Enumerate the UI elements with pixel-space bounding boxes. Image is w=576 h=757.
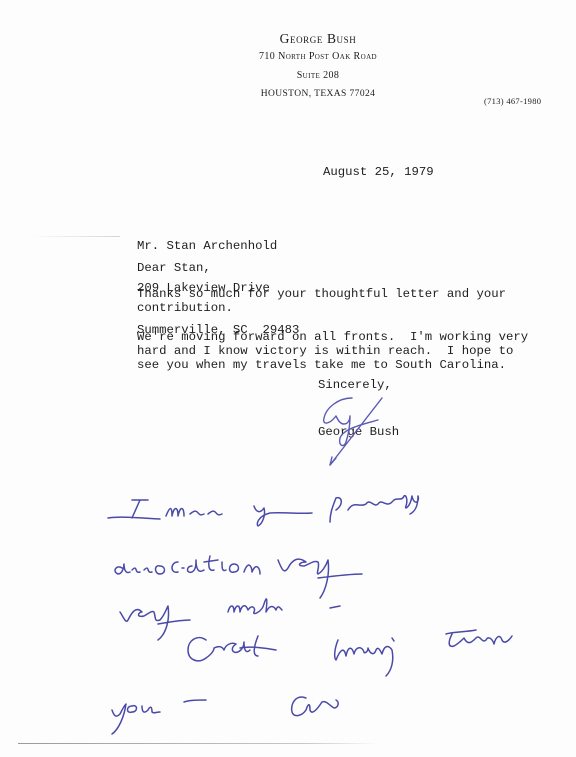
letter-date: August 25, 1979 bbox=[323, 165, 434, 179]
letterhead-suite: Suite 208 bbox=[30, 70, 576, 81]
page-fold-line bbox=[18, 743, 378, 744]
letterhead-street: 710 North Post Oak Road bbox=[30, 51, 576, 62]
recipient-name: Mr. Stan Archenhold bbox=[137, 239, 299, 253]
signature-icon bbox=[0, 0, 576, 757]
letterhead-name: George Bush bbox=[30, 31, 576, 47]
body-paragraph-2: We're moving forward on all fronts. I'm … bbox=[137, 330, 528, 372]
handwriting-icon bbox=[0, 0, 576, 757]
letterhead-zip: 77024 bbox=[350, 89, 376, 99]
body-paragraph-1: Thanks so much for your thoughtful lette… bbox=[137, 287, 506, 315]
signer-name: George Bush bbox=[318, 425, 399, 439]
salutation: Dear Stan, bbox=[137, 261, 211, 275]
letterhead-phone: (713) 467-1980 bbox=[484, 96, 541, 106]
closing: Sincerely, bbox=[318, 378, 392, 392]
scan-smudge bbox=[30, 236, 120, 237]
letterhead-city-state: HOUSTON, TEXAS bbox=[261, 89, 347, 99]
